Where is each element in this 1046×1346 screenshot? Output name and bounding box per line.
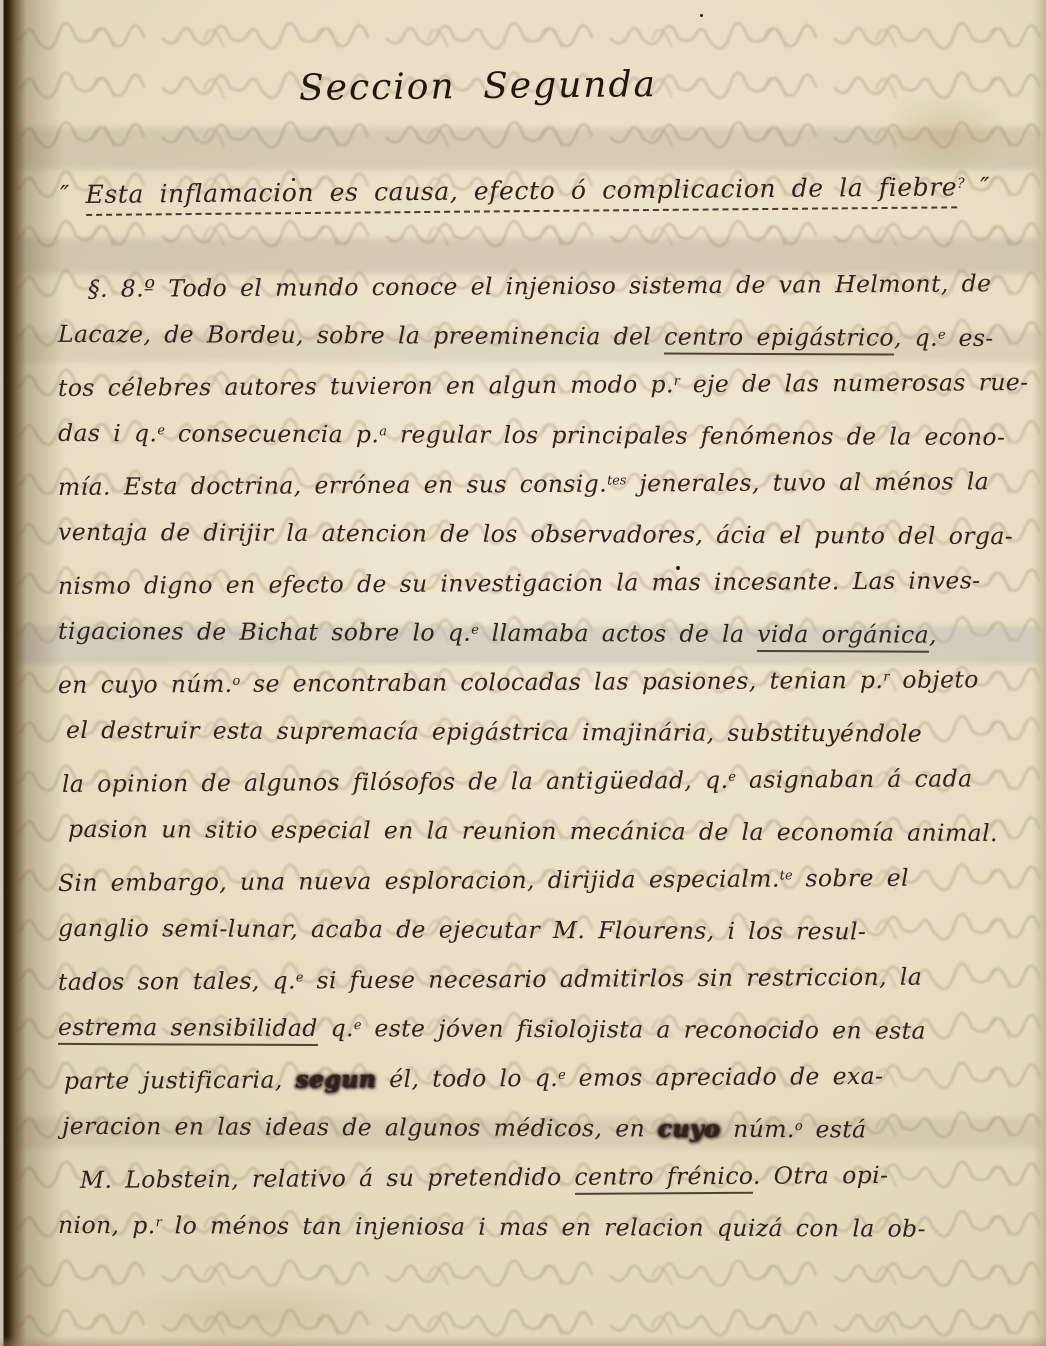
text-run: regular los principales fenómenos de la … [387,420,1005,451]
text-run: nion, p. [58,1210,156,1238]
handwritten-content: Seccion Segunda ″ Esta inflamacion es ca… [0,0,1046,1346]
text-run: §. 8.º Todo el mundo conoce el injenioso… [88,269,992,303]
text-run: la opinion de algunos filósofos de la an… [62,766,729,798]
superscript-abbreviation: ? [957,176,965,192]
text-run: Lacaze, de Bordeu, sobre la preeminencia… [58,319,664,350]
manuscript-line: pasion un sitio especial en la reunion m… [68,814,1022,868]
quote-line: ″ Esta inflamacion es causa, efecto ó co… [60,172,1016,209]
text-run: si fuese necesario admitirlos sin restri… [303,963,922,995]
text-run: asignaban á cada [736,764,973,793]
text-run: ″ [60,180,86,209]
underlined-phrase: Esta inflamacion es causa, efecto ó comp… [85,172,957,216]
superscript-abbreviation: e [558,1068,566,1083]
text-run: Sin embargo, una nueva esploracion, diri… [58,865,780,897]
text-run: das i q. [58,418,157,446]
manuscript-line: tados son tales, q.e si fuese necesario … [58,962,1022,1017]
ink-blotted-word: cuyo [658,1114,720,1142]
manuscript-line: nion, p.r lo ménos tan injeniosa i mas e… [58,1210,1022,1264]
text-run: el destruir esta supremacía epigástrica … [66,715,922,747]
text-run: parte justificaria, [64,1066,296,1095]
body-text: §. 8.º Todo el mundo conoce el injenioso… [58,272,1022,1262]
superscript-abbreviation: tes [607,473,627,488]
superscript-abbreviation: o [795,1119,803,1134]
manuscript-line: tigaciones de Bichat sobre lo q.e llamab… [58,616,1022,670]
text-run: se encontraban colocadas las pasiones, t… [240,666,883,698]
text-run: , [929,620,937,648]
underlined-phrase: centro frénico [574,1162,753,1195]
manuscript-line: das i q.e consecuencia p.a regular los p… [58,418,1022,472]
manuscript-line: en cuyo núm.o se encontraban colocadas l… [58,665,1022,720]
text-run: nismo digno en efecto de su investigacio… [58,566,981,600]
manuscript-page: Seccion Segunda ″ Esta inflamacion es ca… [0,0,1046,1346]
manuscript-line: la opinion de algunos filósofos de la an… [62,764,1022,819]
text-run: es- [946,323,994,351]
text-run: emos apreciado de exa- [566,1062,884,1092]
text-run: consecuencia p. [165,419,379,448]
manuscript-line: Sin embargo, una nueva esploracion, diri… [58,863,1022,918]
text-run: sobre el [793,864,910,893]
text-run: ventaja de dirijir la atencion de los ob… [58,517,1013,549]
text-run: tados son tales, q. [58,966,296,995]
manuscript-line: M. Lobstein, relativo á su pretendido ce… [80,1160,1022,1215]
underlined-phrase: vida orgánica [757,619,929,652]
superscript-abbreviation: e [157,423,165,438]
manuscript-line: nismo digno en efecto de su investigacio… [58,566,1022,621]
manuscript-line: parte justificaria, segun él, todo lo q.… [64,1061,1022,1116]
text-run: tigaciones de Bichat sobre lo q. [58,616,471,646]
manuscript-line: el destruir esta supremacía epigástrica … [66,715,1022,769]
manuscript-line: ganglio semi-lunar, acaba de ejecutar M.… [58,913,1022,967]
superscript-abbreviation: te [780,868,793,883]
manuscript-line: tos célebres autores tuvieron en algun m… [58,368,1022,423]
text-run: M. Lobstein, relativo á su pretendido [80,1163,575,1194]
manuscript-line: mía. Esta doctrina, errónea en sus consi… [58,467,1022,522]
manuscript-line: §. 8.º Todo el mundo conoce el injenioso… [88,269,1022,324]
text-run: pasion un sitio especial en la reunion m… [68,814,998,846]
text-run: objeto [889,665,978,694]
superscript-abbreviation: e [938,327,946,342]
manuscript-line: Lacaze, de Bordeu, sobre la preeminencia… [58,319,1022,373]
text-run: jeracion en las ideas de algunos médicos… [62,1111,658,1142]
manuscript-line: ventaja de dirijir la atencion de los ob… [58,517,1022,571]
superscript-abbreviation: e [354,1018,362,1033]
superscript-abbreviation: a [379,424,387,439]
text-run: . Otra opi- [753,1161,889,1190]
text-run: eje de las numerosas rue- [680,368,1029,398]
text-run: q. [318,1014,354,1042]
text-run: está [803,1115,867,1143]
text-run: jenerales, tuvo al ménos la [626,467,989,497]
text-run: mía. Esta doctrina, errónea en sus consi… [58,470,607,501]
underlined-phrase: centro epigástrico [664,322,894,355]
text-run: lo ménos tan injeniosa i mas en relacion… [162,1211,926,1242]
text-run: él, todo lo q. [376,1064,558,1093]
manuscript-line: estrema sensibilidad q.e este jóven fisi… [58,1012,1022,1066]
text-run: ″ [965,172,991,201]
text-run: núm. [720,1114,795,1142]
section-title: Seccion Segunda [0,61,956,112]
superscript-abbreviation: e [296,970,304,985]
ink-blotted-word: segun [295,1065,376,1093]
manuscript-line: jeracion en las ideas de algunos médicos… [62,1111,1022,1165]
text-run: , q. [894,323,938,351]
underlined-phrase: estrema sensibilidad [58,1012,318,1045]
text-run: llamaba actos de la [479,618,758,647]
text-run: este jóven fisiolojista a reconocido en … [362,1014,926,1044]
text-run: ganglio semi-lunar, acaba de ejecutar M.… [58,913,866,945]
superscript-abbreviation: e [471,622,479,637]
text-run: tos célebres autores tuvieron en algun m… [58,370,674,402]
text-run: en cuyo núm. [58,670,233,699]
